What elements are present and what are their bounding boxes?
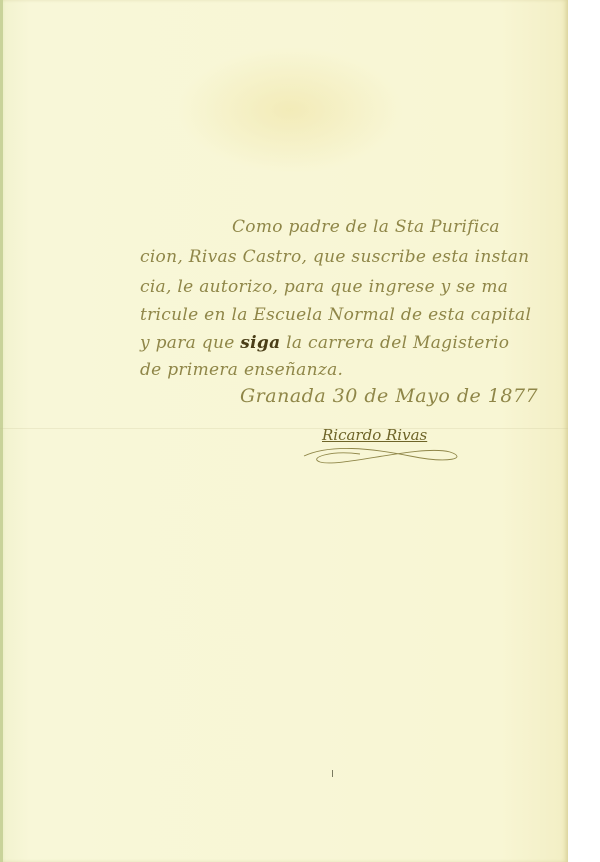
letter-line: Como padre de la Sta Purifica: [232, 217, 500, 237]
letter-line: y para que siga la carrera del Magisteri…: [140, 333, 509, 353]
paper-fold-line: [0, 428, 568, 429]
emphasized-word: siga: [240, 333, 280, 353]
letter-text: y para que: [140, 333, 240, 353]
letter-line: cion, Rivas Castro, que suscribe esta in…: [140, 247, 529, 267]
paper-sheet: Como padre de la Sta Purifica cion, Riva…: [0, 0, 568, 862]
signature-name: Ricardo Rivas: [322, 426, 427, 444]
letter-line: cia, le autorizo, para que ingrese y se …: [140, 277, 508, 297]
letter-line: tricule en la Escuela Normal de esta cap…: [140, 305, 531, 325]
paper-mark: [332, 770, 333, 777]
letter-text: la carrera del Magisterio: [280, 333, 509, 353]
letter-line: de primera enseñanza.: [140, 360, 343, 380]
signature: Ricardo Rivas: [300, 426, 470, 466]
place-date-line: Granada 30 de Mayo de 1877: [240, 385, 538, 407]
